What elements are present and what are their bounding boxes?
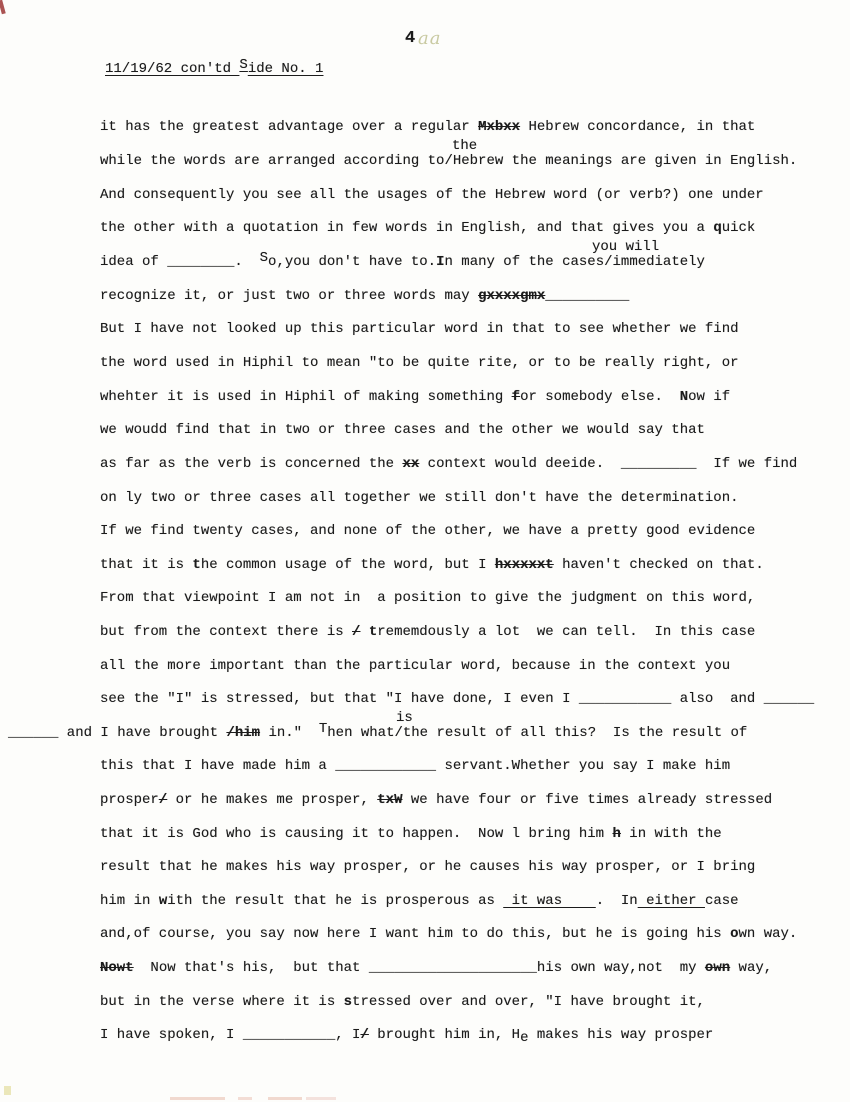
- page-number: 4: [405, 30, 415, 47]
- typed-line: prosper/ or he makes me prosper, txW we …: [100, 793, 772, 807]
- document-page: 11/19/62 con'td Side No. 14aait has the …: [0, 0, 850, 1102]
- typed-line: whehter it is used in Hiphil of making s…: [100, 390, 730, 404]
- typed-line: but from the context there is / trememdo…: [100, 625, 755, 639]
- typed-line: and,of course, you say now here I want h…: [100, 927, 797, 941]
- typed-line: that it is the common usage of the word,…: [100, 558, 764, 572]
- typed-line: ______ and I have brought /him in." Then…: [8, 726, 747, 740]
- typed-line: see the "I" is stressed, but that "I hav…: [100, 692, 814, 706]
- typed-line: but in the verse where it is stressed ov…: [100, 995, 705, 1009]
- typed-line: this that I have made him a ____________…: [100, 759, 730, 773]
- scan-artifact: [4, 1086, 11, 1095]
- typed-line: result that he makes his way prosper, or…: [100, 860, 755, 874]
- typed-line: the other with a quotation in few words …: [100, 221, 755, 235]
- inserted-word: the: [452, 139, 477, 153]
- inserted-word: is: [396, 711, 413, 725]
- typed-line: the word used in Hiphil to mean "to be q…: [100, 356, 739, 370]
- typed-line: If we find twenty cases, and none of the…: [100, 524, 755, 538]
- scan-artifact: [170, 1097, 225, 1100]
- typed-line: And consequently you see all the usages …: [100, 188, 764, 202]
- scan-artifact: [238, 1097, 252, 1100]
- typed-line: we woudd find that in two or three cases…: [100, 423, 705, 437]
- typed-line: recognize it, or just two or three words…: [100, 289, 629, 303]
- scan-artifact: [0, 0, 6, 14]
- typed-line: But I have not looked up this particular…: [100, 322, 739, 336]
- inserted-word: you will: [592, 240, 659, 254]
- typed-line: as far as the verb is concerned the xx c…: [100, 457, 797, 471]
- scan-artifact: [268, 1097, 302, 1100]
- typed-line: while the words are arranged according t…: [100, 154, 797, 168]
- typed-line: it has the greatest advantage over a reg…: [100, 120, 755, 134]
- typed-line: all the more important than the particul…: [100, 659, 730, 673]
- scan-artifact: [306, 1097, 336, 1100]
- typed-line: Nowt Now that's his, but that __________…: [100, 961, 772, 975]
- typed-line: From that viewpoint I am not in a positi…: [100, 591, 755, 605]
- header-line: 11/19/62 con'td Side No. 1: [105, 62, 323, 76]
- typed-line: on ly two or three cases all together we…: [100, 491, 739, 505]
- typed-line: that it is God who is causing it to happ…: [100, 827, 722, 841]
- typed-line: him in with the result that he is prospe…: [100, 894, 739, 908]
- typed-line: idea of ________. So,you don't have to.I…: [100, 255, 705, 269]
- page-number-handwritten: aa: [418, 30, 441, 48]
- typed-line: I have spoken, I ___________, I/ brought…: [100, 1028, 713, 1042]
